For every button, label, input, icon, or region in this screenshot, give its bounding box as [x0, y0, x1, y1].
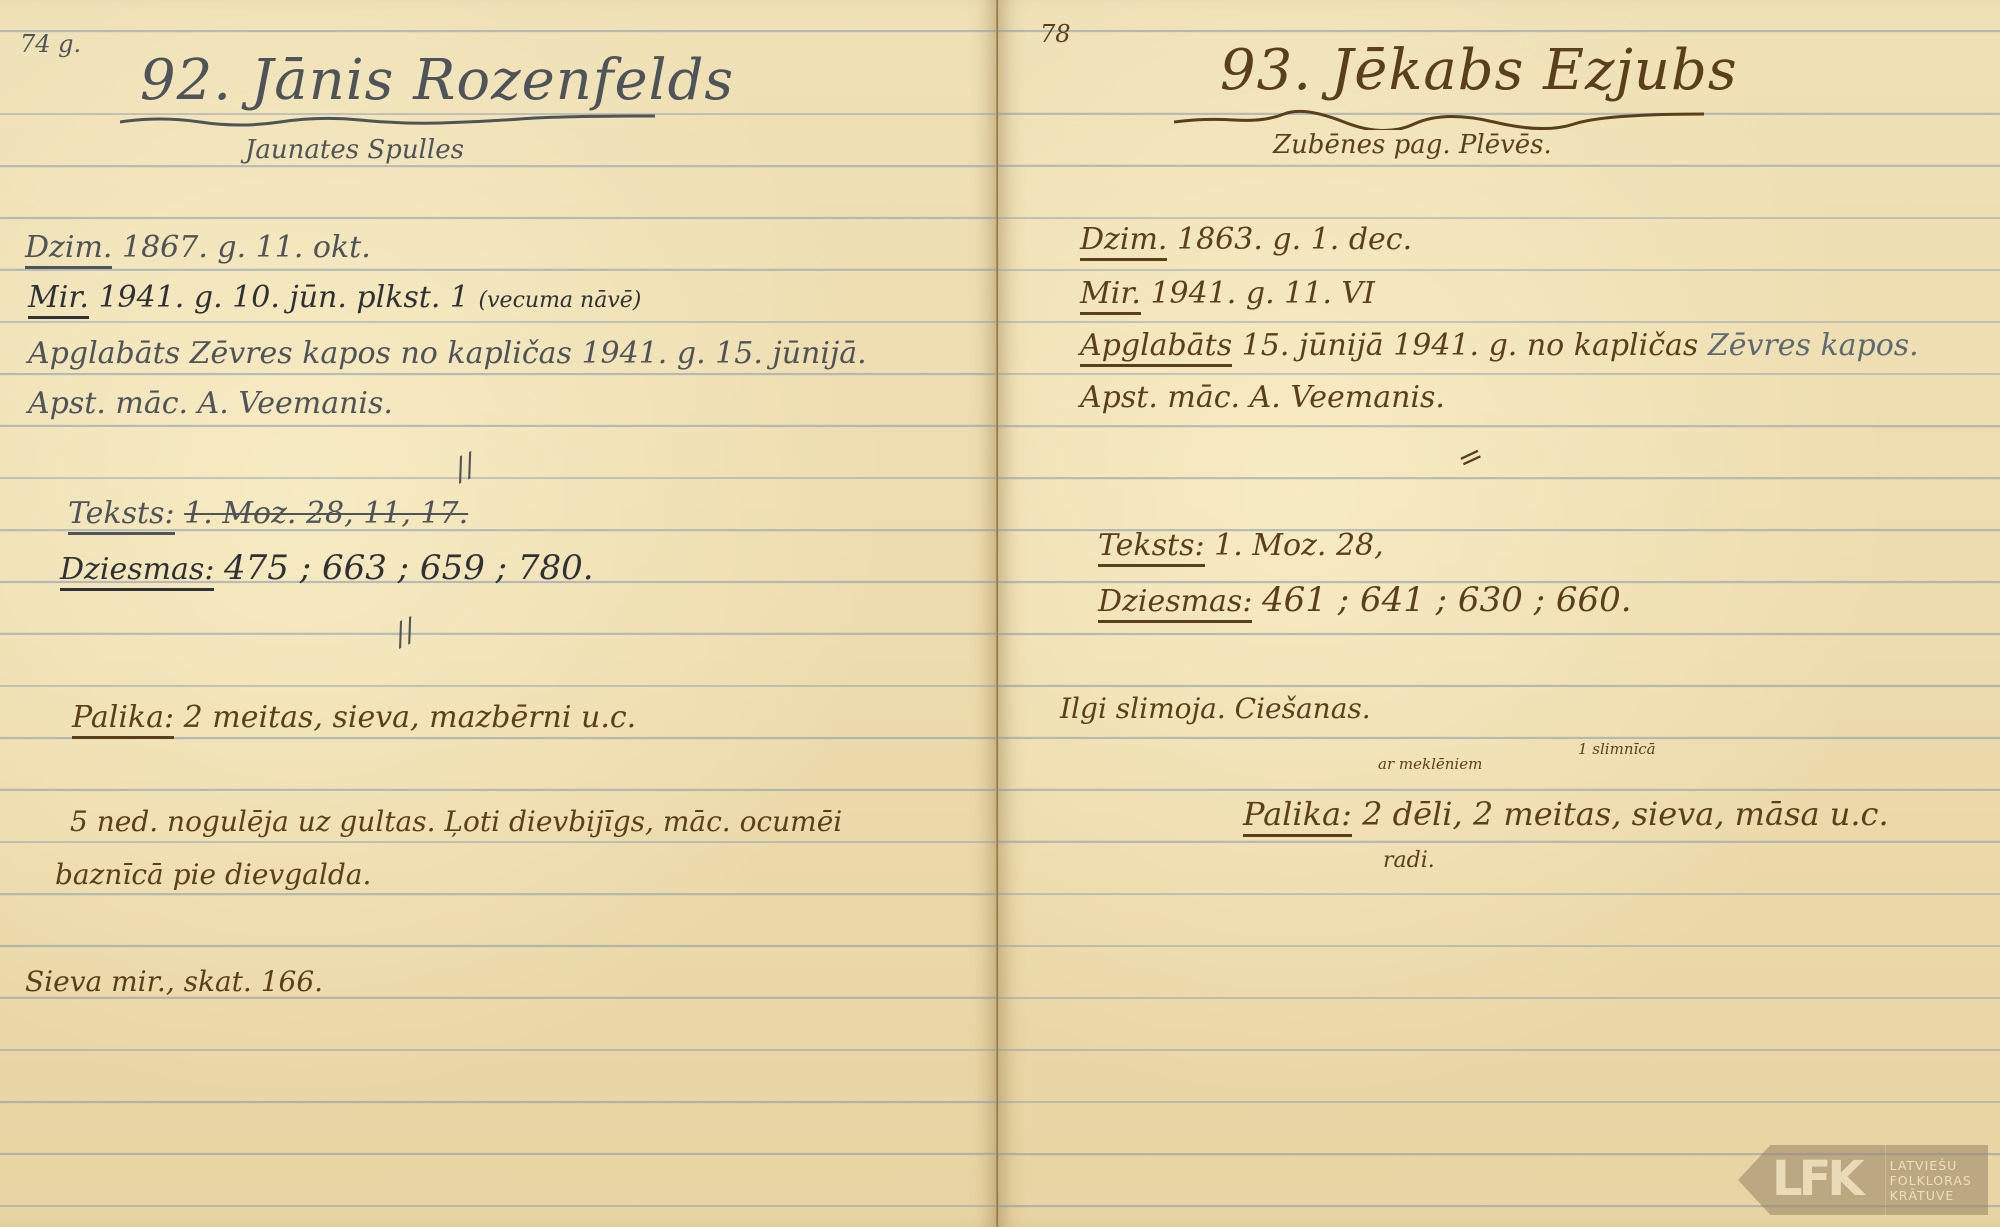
survivors-row: Palika: 2 meitas, sieva, mazbērni u.c.: [72, 700, 636, 735]
survivors-annotation-1: ar meklēniem: [1378, 755, 1482, 773]
born-value: 1863. g. 1. dec.: [1177, 222, 1412, 257]
born-row: Dzim. 1863. g. 1. dec.: [1080, 222, 1412, 257]
hymns-label: Dziesmas:: [60, 552, 214, 591]
hymns-row: Dziesmas: 475 ; 663 ; 659 ; 780.: [60, 548, 594, 588]
died-value: 1941. g. 11. VI: [1150, 276, 1374, 311]
archive-watermark-logo: LFK LATVIEŠU FOLKLORAS KRĀTUVE: [1738, 1145, 1988, 1215]
hymns-value: 461 ; 641 ; 630 ; 660.: [1262, 580, 1632, 620]
buried-row: Apglabāts 15. jūnijā 1941. g. no kapliča…: [1080, 328, 1919, 363]
right-page: 78 93. Jēkabs Ezjubs Zubēnes pag. Plēvēs…: [998, 0, 2000, 1227]
entry-title: 92. Jānis Rozenfelds: [140, 48, 734, 113]
page-number: 78: [1040, 20, 1071, 48]
buried-row: Apglabāts Zēvres kapos no kapličas 1941.…: [28, 336, 867, 371]
note-line-1: 5 ned. nogulēja uz gultas. Ļoti dievbijī…: [70, 805, 842, 838]
survivors-row: Palika: 2 dēli, 2 meitas, sieva, māsa u.…: [1243, 795, 1889, 833]
text-row: Teksts: 1. Moz. 28,: [1098, 528, 1384, 563]
died-label: Mir.: [28, 280, 89, 319]
officiant-row: Apst. māc. A. Veemanis.: [28, 386, 393, 421]
survivors-value: 2 meitas, sieva, mazbērni u.c.: [184, 700, 637, 735]
entry-title: 93. Jēkabs Ezjubs: [1220, 38, 1738, 103]
notebook-spread: 74 g. 92. Jānis Rozenfelds Jaunates Spul…: [0, 0, 2000, 1227]
died-value: 1941. g. 10. jūn. plkst. 1: [98, 280, 469, 315]
died-label: Mir.: [1080, 276, 1141, 315]
logo-text: LATVIEŠU FOLKLORAS KRĀTUVE: [1886, 1145, 1988, 1215]
died-note: (vecuma nāvē): [479, 288, 642, 313]
survivors-label: Palika:: [1243, 795, 1352, 837]
left-page: 74 g. 92. Jānis Rozenfelds Jaunates Spul…: [0, 0, 997, 1227]
page-number: 74 g.: [20, 30, 81, 58]
logo-letters: LFK: [1772, 1151, 1861, 1207]
survivors-value: 2 dēli, 2 meitas, sieva, māsa u.c.: [1362, 795, 1889, 833]
text-label: Teksts:: [1098, 528, 1205, 567]
entry-subtitle: Jaunates Spulles: [245, 135, 464, 165]
born-label: Dzim.: [1080, 222, 1167, 261]
note-line-2: baznīcā pie dievgalda.: [55, 858, 371, 891]
survivors-annotation-below: radi.: [1383, 848, 1435, 873]
note-line-3: Sieva mir., skat. 166.: [25, 965, 323, 998]
logo-badge: LFK: [1738, 1145, 1886, 1215]
officiant-row: Apst. māc. A. Veemanis.: [1080, 380, 1445, 415]
illness-note: Ilgi slimoja. Ciešanas.: [1060, 692, 1371, 725]
buried-tail: Zēvres kapos.: [1708, 328, 1919, 363]
text-row: Teksts: 1. Moz. 28, 11, 17.: [68, 496, 468, 531]
hymns-label: Dziesmas:: [1098, 584, 1252, 623]
text-value: 1. Moz. 28, 11, 17.: [184, 496, 468, 531]
survivors-label: Palika:: [72, 700, 174, 739]
text-label: Teksts:: [68, 496, 175, 535]
text-value: 1. Moz. 28,: [1214, 528, 1384, 563]
logo-line-1: LATVIEŠU: [1890, 1158, 1988, 1173]
title-wavy-underline: [120, 112, 655, 130]
logo-line-2: FOLKLORAS: [1890, 1173, 1988, 1188]
buried-label: Apglabāts: [1080, 328, 1232, 367]
hymns-value: 475 ; 663 ; 659 ; 780.: [224, 548, 594, 588]
born-value: 1867. g. 11. okt.: [122, 230, 371, 265]
logo-line-3: KRĀTUVE: [1890, 1188, 1988, 1203]
born-label: Dzim.: [25, 230, 112, 269]
title-wavy-underline: [1174, 108, 1704, 130]
survivors-annotation-2: 1 slimnīcā: [1578, 740, 1656, 758]
born-row: Dzim. 1867. g. 11. okt.: [25, 230, 371, 265]
died-row: Mir. 1941. g. 10. jūn. plkst. 1 (vecuma …: [28, 280, 641, 315]
ruled-lines: [0, 0, 997, 1227]
died-row: Mir. 1941. g. 11. VI: [1080, 276, 1375, 311]
hymns-row: Dziesmas: 461 ; 641 ; 630 ; 660.: [1098, 580, 1632, 620]
entry-subtitle: Zubēnes pag. Plēvēs.: [1273, 130, 1552, 160]
buried-value: 15. jūnijā 1941. g. no kapličas: [1242, 328, 1699, 363]
